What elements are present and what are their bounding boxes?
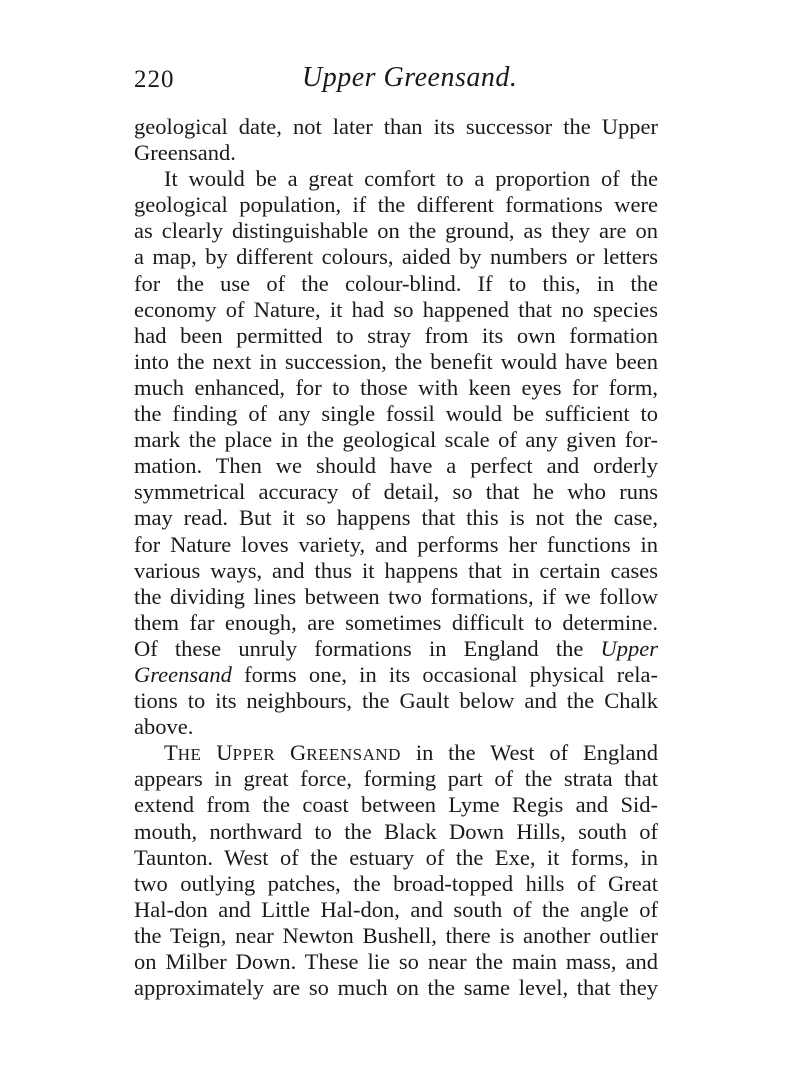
text-line: the dividing lines between two formation…	[134, 584, 658, 610]
text-span: Of these unruly formations in England th…	[134, 636, 601, 661]
small-caps-initial: G	[290, 740, 306, 765]
text-line: Greensand forms one, in its occasional p…	[134, 662, 658, 688]
text-line: into the next in succession, the benefit…	[134, 349, 658, 375]
text-line: geological population, if the different …	[134, 192, 658, 218]
italic-term: Upper	[601, 636, 659, 661]
italic-term: Greensand	[134, 662, 232, 687]
text-line: two outlying patches, the broad-topped h…	[134, 871, 658, 897]
text-line: the Teign, near Newton Bushell, there is…	[134, 923, 658, 949]
text-line: may read. But it so happens that this is…	[134, 505, 658, 531]
text-line: Greensand.	[134, 140, 658, 166]
text-line: above.	[134, 714, 658, 740]
small-caps-rest: PPER	[233, 745, 276, 764]
text-span: forms one, in its occasional physical re…	[232, 662, 658, 687]
text-line: for Nature loves variety, and performs h…	[134, 532, 658, 558]
text-line: various ways, and thus it happens that i…	[134, 558, 658, 584]
small-caps-initial: U	[216, 740, 232, 765]
small-caps-initial: T	[164, 740, 178, 765]
text-line: mark the place in the geological scale o…	[134, 427, 658, 453]
paragraph-start-line: THE UPPER GREENSAND in the West of Engla…	[134, 740, 658, 766]
text-line: Taunton. West of the estuary of the Exe,…	[134, 845, 658, 871]
text-line: extend from the coast between Lyme Regis…	[134, 792, 658, 818]
text-line: approximately are so much on the same le…	[134, 975, 658, 1001]
page-number: 220	[134, 66, 175, 94]
text-line: the finding of any single fossil would b…	[134, 401, 658, 427]
text-line: as clearly distinguishable on the ground…	[134, 218, 658, 244]
body-text: geological date, not later than its succ…	[134, 114, 658, 1001]
running-head: 220 Upper Greensand.	[134, 62, 658, 98]
text-line: Hal-don and Little Hal-don, and south of…	[134, 897, 658, 923]
text-line: had been permitted to stray from its own…	[134, 323, 658, 349]
running-title: Upper Greensand.	[302, 62, 517, 94]
small-caps-rest: REENSAND	[306, 745, 401, 764]
paragraph-start-line: It would be a great comfort to a proport…	[134, 166, 658, 192]
text-line: a map, by different colours, aided by nu…	[134, 244, 658, 270]
small-caps-rest: HE	[178, 745, 202, 764]
text-line: on Milber Down. These lie so near the ma…	[134, 949, 658, 975]
text-line: much enhanced, for to those with keen ey…	[134, 375, 658, 401]
text-line: economy of Nature, it had so happened th…	[134, 297, 658, 323]
text-line: for the use of the colour-blind. If to t…	[134, 271, 658, 297]
text-line: mation. Then we should have a perfect an…	[134, 453, 658, 479]
text-line: mouth, northward to the Black Down Hills…	[134, 819, 658, 845]
text-span: in the West of England	[401, 740, 658, 765]
book-page: 220 Upper Greensand. geological date, no…	[0, 0, 795, 1075]
text-line: tions to its neighbours, the Gault below…	[134, 688, 658, 714]
text-line: symmetrical accuracy of detail, so that …	[134, 479, 658, 505]
text-line: appears in great force, forming part of …	[134, 766, 658, 792]
text-line: them far enough, are sometimes difficult…	[134, 610, 658, 636]
text-line: Of these unruly formations in England th…	[134, 636, 658, 662]
text-line: geological date, not later than its succ…	[134, 114, 658, 140]
